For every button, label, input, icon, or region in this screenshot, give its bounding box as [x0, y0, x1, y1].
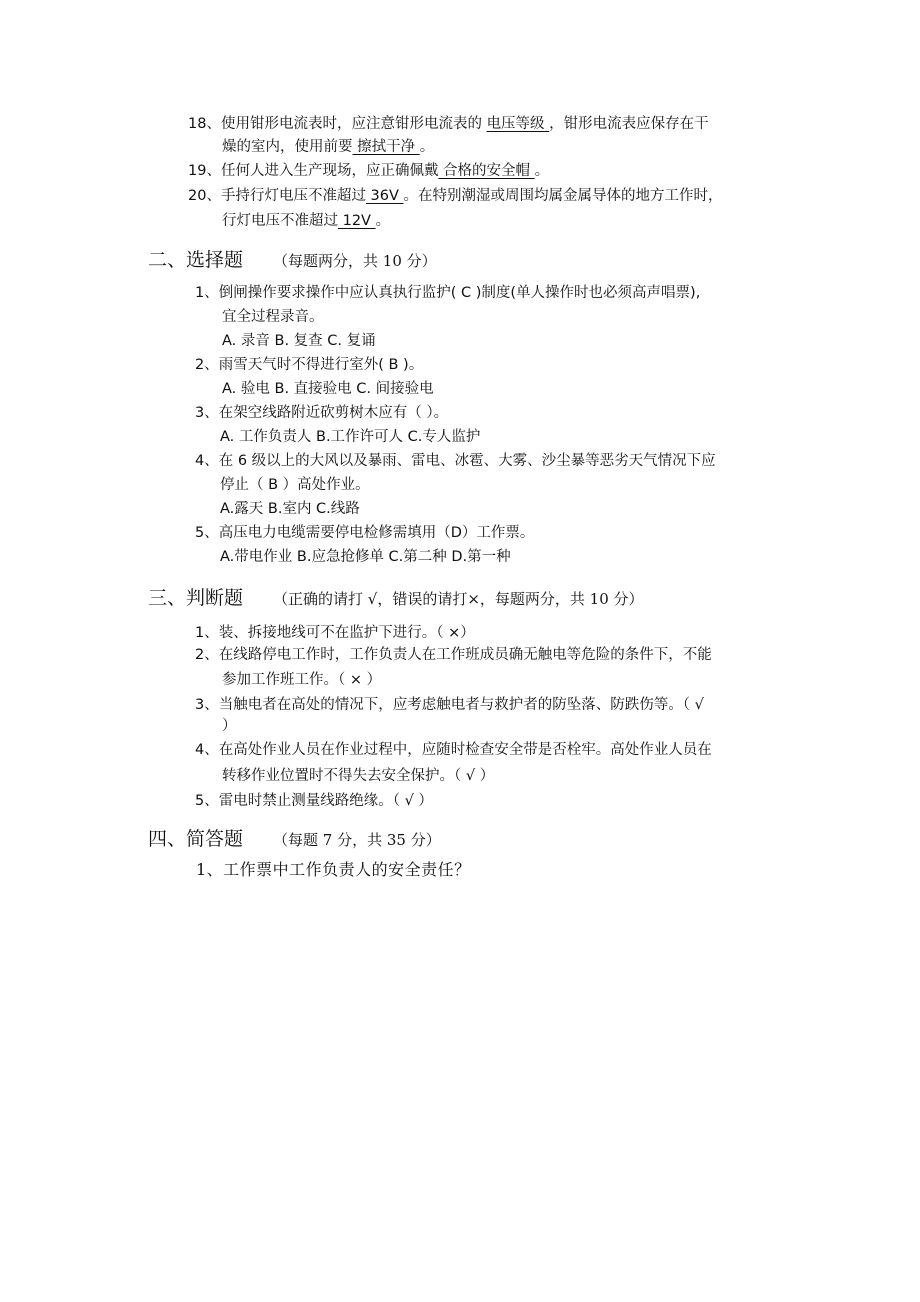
short-answer-question-1: 1、工作票中工作负责人的安全责任？	[196, 860, 471, 880]
mc-question-4-line-2: 停止（ B ）高处作业。	[220, 475, 370, 495]
question-number: 18、	[188, 116, 221, 132]
section-score-note: （正确的请打 √，错误的请打×，每题两分，共 10 分）	[273, 590, 644, 608]
question-19: 19、任何人进入生产现场，应正确佩戴 合格的安全帽 。	[188, 161, 549, 181]
section-heading-short-answer: 四、简答题（每题 7 分，共 35 分）	[148, 824, 441, 851]
tf-question-2-line-1: 2、在线路停电工作时，工作负责人在工作班成员确无触电等危险的条件下，不能	[195, 645, 712, 665]
mc-question-1-options: A. 录音 B. 复查 C. 复诵	[222, 331, 376, 351]
tf-question-2-line-2: 参加工作班工作。（ × ）	[222, 670, 381, 690]
tf-question-1: 1、装、拆接地线可不在监护下进行。（ ×）	[195, 623, 475, 643]
tf-question-4-line-2: 转移作业位置时不得失去安全保护。（ √ ）	[222, 766, 494, 786]
section-score-note: （每题 7 分，共 35 分）	[273, 831, 441, 849]
section-title: 二、选择题	[148, 249, 243, 271]
tf-question-4-line-1: 4、在高处作业人员在作业过程中，应随时检查安全带是否栓牢。高处作业人员在	[195, 740, 712, 760]
section-title: 四、简答题	[148, 828, 243, 850]
answer-blank: 12V	[338, 213, 376, 229]
mc-question-3: 3、在架空线路附近砍剪树木应有（ ）。	[195, 403, 448, 423]
mc-question-2-options: A. 验电 B. 直接验电 C. 间接验电	[222, 379, 434, 399]
question-18-line-2: 燥的室内，使用前要 擦拭干净 。	[222, 137, 434, 157]
question-18-line-1: 18、使用钳形电流表时，应注意钳形电流表的 电压等级 ，钳形电流表应保存在干	[188, 114, 709, 134]
mc-question-2: 2、雨雪天气时不得进行室外( B )。	[195, 355, 423, 375]
question-number: 20、	[188, 188, 221, 204]
question-20-line-1: 20、手持行灯电压不准超过 36V 。在特别潮湿或周围均属金属导体的地方工作时，	[188, 186, 723, 206]
mc-question-1-line-1: 1、倒闸操作要求操作中应认真执行监护( C )制度(单人操作时也必须高声唱票),	[195, 283, 700, 303]
section-title: 三、判断题	[148, 587, 243, 609]
mc-question-3-options: A. 工作负责人 B.工作许可人 C.专人监护	[220, 427, 480, 447]
question-20-line-2: 行灯电压不准超过 12V 。	[222, 211, 390, 231]
mc-question-4-options: A.露天 B.室内 C.线路	[220, 499, 360, 519]
section-score-note: （每题两分，共 10 分）	[273, 252, 437, 270]
mc-question-5: 5、高压电力电缆需要停电检修需填用（D）工作票。	[195, 523, 534, 543]
answer-blank: 电压等级	[487, 116, 550, 132]
mc-question-4-line-1: 4、在 6 级以上的大风以及暴雨、雷电、冰雹、大雾、沙尘暴等恶劣天气情况下应	[195, 451, 716, 471]
tf-question-3-line-2: ）	[222, 716, 237, 736]
mc-question-1-line-2: 宜全过程录音。	[222, 307, 324, 327]
section-heading-multiple-choice: 二、选择题（每题两分，共 10 分）	[148, 245, 437, 272]
tf-question-3-line-1: 3、当触电者在高处的情况下，应考虑触电者与救护者的防坠落、防跌伤等。（ √	[195, 695, 704, 715]
answer-blank: 合格的安全帽	[438, 163, 534, 179]
mc-question-5-options: A.带电作业 B.应急抢修单 C.第二种 D.第一种	[220, 547, 511, 567]
tf-question-5: 5、雷电时禁止测量线路绝缘。（ √ ）	[195, 791, 433, 811]
answer-blank: 36V	[366, 188, 404, 204]
section-heading-true-false: 三、判断题（正确的请打 √，错误的请打×，每题两分，共 10 分）	[148, 583, 644, 610]
question-number: 19、	[188, 163, 221, 179]
answer-blank: 擦拭干净	[353, 139, 420, 155]
